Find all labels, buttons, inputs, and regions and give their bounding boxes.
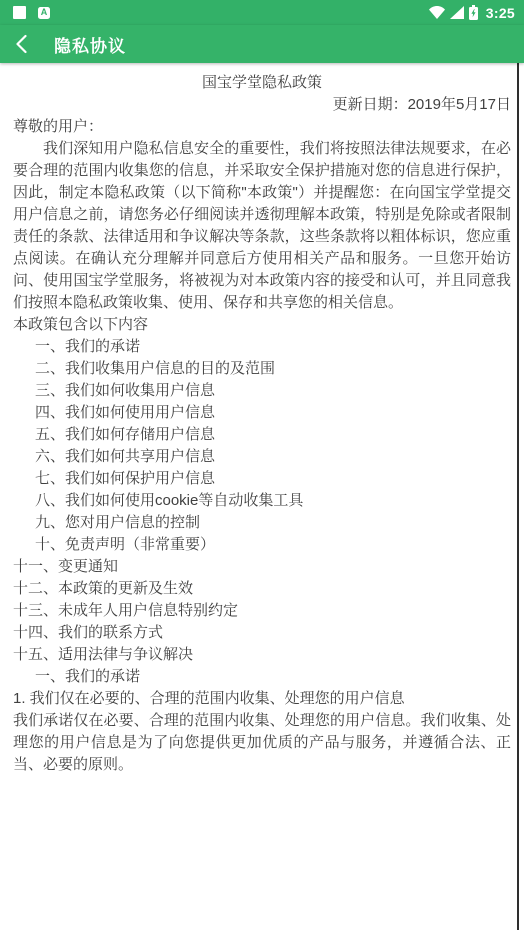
document-title: 国宝学堂隐私政策 bbox=[13, 72, 511, 94]
page-title: 隐私协议 bbox=[54, 32, 126, 57]
toc-item: 七、我们如何保护用户信息 bbox=[13, 468, 511, 490]
toc-item: 十二、本政策的更新及生效 bbox=[13, 578, 511, 600]
privacy-policy-scroll-area[interactable]: 国宝学堂隐私政策 更新日期：2019年5月17日 尊敬的用户： 我们深知用户隐私… bbox=[0, 63, 524, 930]
toc-item: 六、我们如何共享用户信息 bbox=[13, 446, 511, 468]
cellular-signal-icon bbox=[450, 6, 464, 19]
toc-item: 十、免责声明（非常重要） bbox=[13, 534, 511, 556]
toc-item: 五、我们如何存储用户信息 bbox=[13, 424, 511, 446]
salutation: 尊敬的用户： bbox=[13, 116, 511, 138]
app-bar: 隐私协议 bbox=[0, 25, 524, 63]
toc-item: 三、我们如何收集用户信息 bbox=[13, 380, 511, 402]
toc-item: 十四、我们的联系方式 bbox=[13, 622, 511, 644]
toc-item: 九、您对用户信息的控制 bbox=[13, 512, 511, 534]
section-paragraph: 我们承诺仅在必要、合理的范围内收集、处理您的用户信息。我们收集、处理您的用户信息… bbox=[13, 710, 511, 776]
scrollbar[interactable] bbox=[517, 63, 519, 930]
toc-item: 一、我们的承诺 bbox=[13, 336, 511, 358]
updated-date: 更新日期：2019年5月17日 bbox=[13, 94, 511, 116]
status-bar-right: 3:25 bbox=[429, 5, 515, 21]
toc-item: 八、我们如何使用cookie等自动收集工具 bbox=[13, 490, 511, 512]
square-notification-icon bbox=[13, 6, 26, 19]
table-of-contents: 一、我们的承诺 二、我们收集用户信息的目的及范围 三、我们如何收集用户信息 四、… bbox=[13, 336, 511, 666]
section-subheading: 1. 我们仅在必要的、合理的范围内收集、处理您的用户信息 bbox=[13, 688, 511, 710]
toc-item: 十三、未成年人用户信息特别约定 bbox=[13, 600, 511, 622]
status-time: 3:25 bbox=[486, 5, 515, 21]
wifi-icon bbox=[429, 6, 445, 19]
chevron-left-icon bbox=[15, 34, 27, 54]
toc-item: 十五、适用法律与争议解决 bbox=[13, 644, 511, 666]
toc-item: 十一、变更通知 bbox=[13, 556, 511, 578]
section-heading: 一、我们的承诺 bbox=[13, 666, 511, 688]
battery-charging-icon bbox=[469, 5, 478, 20]
toc-item: 二、我们收集用户信息的目的及范围 bbox=[13, 358, 511, 380]
toc-heading: 本政策包含以下内容 bbox=[13, 314, 511, 336]
letter-a-notification-icon: A bbox=[38, 7, 50, 19]
status-bar: A 3:25 bbox=[0, 0, 524, 25]
intro-paragraph: 我们深知用户隐私信息安全的重要性，我们将按照法律法规要求，在必要合理的范围内收集… bbox=[13, 138, 511, 314]
back-button[interactable] bbox=[15, 32, 37, 56]
app-screen: A 3:25 bbox=[0, 0, 524, 930]
toc-item: 四、我们如何使用用户信息 bbox=[13, 402, 511, 424]
